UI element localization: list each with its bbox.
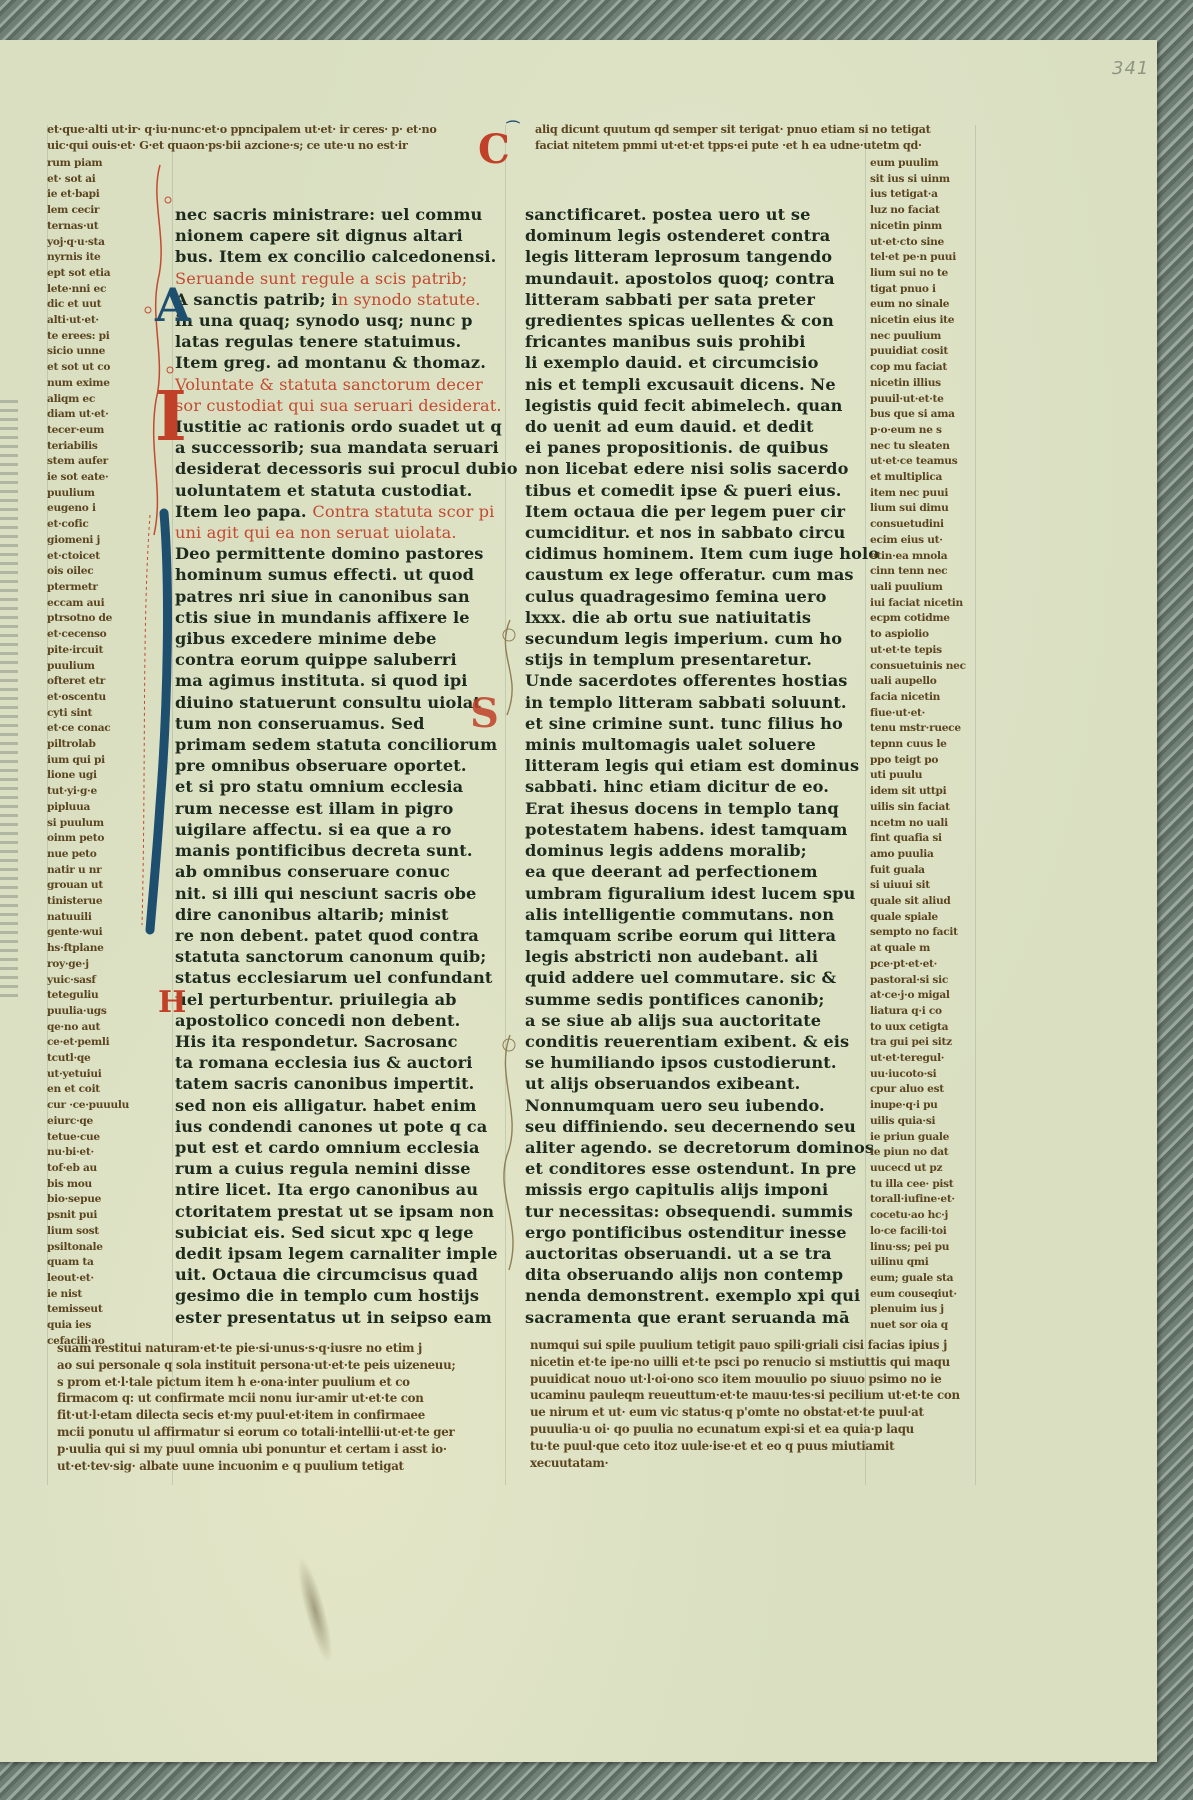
text-line: alis intelligentie commutans. non — [525, 904, 850, 925]
gloss-line: ppo teigt po — [870, 753, 975, 769]
text-line: mundauit. apostolos quoq; contra — [525, 268, 850, 289]
text-line: legis litteram leprosum tangendo — [525, 246, 850, 267]
gloss-line: numqui sui spile puulium tetigit pauo sp… — [530, 1337, 970, 1354]
gloss-line: ao sui personale q sola instituit person… — [57, 1357, 477, 1374]
gloss-line: puuil·ut·et·te — [870, 392, 975, 408]
gloss-line: et·oscentu — [47, 690, 127, 706]
text-segment: A sanctis patrib; i — [175, 290, 338, 309]
text-line: patres nri siue in canonibus san — [175, 586, 495, 607]
gloss-line: puulium — [47, 486, 127, 502]
gloss-line: xecuutatam· — [530, 1455, 970, 1472]
gloss-line: qe·no aut — [47, 1020, 127, 1036]
text-line: uoluntatem et statuta custodiat. — [175, 480, 495, 501]
text-line: sacramenta que erant seruanda mā — [525, 1307, 850, 1328]
gloss-line: eum couseqiut· — [870, 1287, 975, 1303]
text-line: tamquam scribe eorum qui littera — [525, 925, 850, 946]
ruling-line — [975, 125, 976, 1485]
text-line: desiderat decessoris sui procul dubio — [175, 458, 495, 479]
gloss-line: lem cecir — [47, 203, 127, 219]
text-line: Nonnumquam uero seu iubendo. — [525, 1095, 850, 1116]
gloss-line: diam ut·et· — [47, 407, 127, 423]
gloss-line: lium sost — [47, 1224, 127, 1240]
gloss-line: etin·ea mnola — [870, 549, 975, 565]
gloss-line: ut·et·tev·sig· albate uune incuonim e q … — [57, 1458, 477, 1475]
gloss-line: temisseut — [47, 1302, 127, 1318]
gloss-line: eugeno i — [47, 501, 127, 517]
text-line: et si pro statu omnium ecclesia — [175, 776, 495, 797]
rubric-line: uni agit qui ea non seruat uiolata. — [175, 522, 495, 543]
text-line: potestatem habens. idest tamquam — [525, 819, 850, 840]
text-line: diuino statuerunt consultu uiolat — [175, 692, 495, 713]
gloss-line: tut·yi·g·e — [47, 784, 127, 800]
text-line: dominum legis ostenderet contra — [525, 225, 850, 246]
text-line: status ecclesiarum uel confundant — [175, 967, 495, 988]
text-line: secundum legis imperium. cum ho — [525, 628, 850, 649]
gloss-line: tu·te puul·que ceto itoz uule·ise·et et … — [530, 1438, 970, 1455]
gloss-line: firmacom q: ut confirmate mcii nonu iur·… — [57, 1390, 477, 1407]
gloss-line: psiltonale — [47, 1240, 127, 1256]
text-line: statuta sanctorum canonum quib; — [175, 946, 495, 967]
text-line: nenda demonstrent. exemplo xpi qui — [525, 1285, 850, 1306]
top-right-gloss: aliq dicunt quutum qd semper sit terigat… — [535, 122, 965, 153]
gloss-line: ie piun no dat — [870, 1145, 975, 1161]
text-line: ctis siue in mundanis affixere le — [175, 607, 495, 628]
gloss-line: iui faciat nicetin — [870, 596, 975, 612]
text-line: cidimus hominem. Item cum iuge holo — [525, 543, 850, 564]
text-line: quid addere uel commutare. sic & — [525, 967, 850, 988]
text-line: tibus et comedit ipse & pueri eius. — [525, 480, 850, 501]
text-line: rum necesse est illam in pigro — [175, 798, 495, 819]
gloss-line: plenuim ius j — [870, 1302, 975, 1318]
gloss-line: ut·et·teregul· — [870, 1051, 975, 1067]
text-line: sed non eis alligatur. habet enim — [175, 1095, 495, 1116]
bottom-gloss-left: suam restitui naturam·et·te pie·si·unus·… — [57, 1340, 477, 1474]
gloss-line: ept sot etia — [47, 266, 127, 282]
gloss-line: tecer·eum — [47, 423, 127, 439]
text-line: nionem capere sit dignus altari — [175, 225, 495, 246]
gloss-line: tepnn cuus le — [870, 737, 975, 753]
gloss-line: teriabilis — [47, 439, 127, 455]
gloss-line: bis mou — [47, 1177, 127, 1193]
text-line: a successorib; sua mandata seruari — [175, 437, 495, 458]
text-line: pre omnibus obseruare oportet. — [175, 755, 495, 776]
gloss-line: et· sot ai — [47, 172, 127, 188]
gloss-line: ternas·ut — [47, 219, 127, 235]
text-line: manis pontificibus decreta sunt. — [175, 840, 495, 861]
ruling-line — [865, 125, 866, 1485]
text-line: umbram figuralium idest lucem spu — [525, 883, 850, 904]
gloss-line: et sot ut co — [47, 360, 127, 376]
text-line: tatem sacris canonibus impertit. — [175, 1073, 495, 1094]
red-penwork-flourish-icon — [140, 160, 180, 540]
gloss-line: et·que·alti ut·ir· q·iu·nunc·et·o ppncip… — [47, 122, 487, 138]
text-line: dire canonibus altarib; minist — [175, 904, 495, 925]
gloss-line: tenu mstr·ruece — [870, 721, 975, 737]
main-column-1: nec sacris ministrare: uel communionem c… — [175, 204, 495, 1328]
gloss-line: ut·et·ce teamus — [870, 454, 975, 470]
gloss-line: aliqm ec — [47, 392, 127, 408]
gloss-line: natuuili — [47, 910, 127, 926]
text-line: ei panes propositionis. de quibus — [525, 437, 850, 458]
gloss-line: eum; guale sta — [870, 1271, 975, 1287]
initial-i-red: I — [155, 383, 187, 451]
text-line: A sanctis patrib; in synodo statute. — [175, 289, 495, 310]
gloss-line: facia nicetin — [870, 690, 975, 706]
text-line: minis multomagis ualet soluere — [525, 734, 850, 755]
gloss-line: et multiplica — [870, 470, 975, 486]
gloss-line: cyti sint — [47, 706, 127, 722]
text-line: bus. Item ex concilio calcedonensi. — [175, 246, 495, 267]
initial-h-red: H — [158, 985, 186, 1020]
gloss-line: en et coit — [47, 1082, 127, 1098]
gloss-line: ptermetr — [47, 580, 127, 596]
text-line: ester presentatus ut in seipso eam — [175, 1307, 495, 1328]
gloss-line: eccam aui — [47, 596, 127, 612]
gloss-line: s prom et·l·tale pictum item h e·ona·int… — [57, 1374, 477, 1391]
text-line: Item leo papa. Contra statuta scor pi — [175, 501, 495, 522]
folio-number: 341 — [1112, 58, 1149, 79]
rubric-segment: n synodo statute. — [338, 290, 481, 309]
text-line: ma agimus instituta. si quod ipi — [175, 670, 495, 691]
gloss-line: inupe·q·i pu — [870, 1098, 975, 1114]
rubric-line: sor custodiat qui sua seruari desiderat. — [175, 395, 495, 416]
gloss-line: ie sot eate· — [47, 470, 127, 486]
gloss-line: sicio unne — [47, 344, 127, 360]
rubric-line: Seruande sunt regule a scis patrib; — [175, 268, 495, 289]
gloss-line: si uiuui sit — [870, 878, 975, 894]
text-line: contra eorum quippe saluberri — [175, 649, 495, 670]
gloss-line: nue peto — [47, 847, 127, 863]
text-line: non licebat edere nisi solis sacerdo — [525, 458, 850, 479]
gloss-line: ut·et·te tepis — [870, 643, 975, 659]
gloss-line: nicetin et·te ipe·no uilli et·te psci po… — [530, 1354, 970, 1371]
gloss-line: nicetin pinm — [870, 219, 975, 235]
text-line: cumciditur. et nos in sabbato circu — [525, 522, 850, 543]
text-line: do uenit ad eum dauid. et dedit — [525, 416, 850, 437]
text-line: litteram sabbati per sata preter — [525, 289, 850, 310]
text-line: nis et templi excusauit dicens. Ne — [525, 374, 850, 395]
gloss-line: p·uulia qui si my puul omnia ubi ponuntu… — [57, 1441, 477, 1458]
gloss-line: cpur aluo est — [870, 1082, 975, 1098]
gloss-line: yuic·sasf — [47, 973, 127, 989]
gloss-line: suam restitui naturam·et·te pie·si·unus·… — [57, 1340, 477, 1357]
gloss-line: puulium — [47, 659, 127, 675]
gloss-line: roy·ge·j — [47, 957, 127, 973]
gloss-line: cur ·ce·puuulu — [47, 1098, 127, 1114]
text-line: Item octaua die per legem puer cir — [525, 501, 850, 522]
text-line: Iustitie ac rationis ordo suadet ut q — [175, 416, 495, 437]
gloss-line: tigat pnuo i — [870, 282, 975, 298]
gloss-line: uic·qui ouis·et· G·et quaon·ps·bii azcio… — [47, 138, 487, 154]
gloss-line: et·ce conac — [47, 721, 127, 737]
gloss-line: nicetin illius — [870, 376, 975, 392]
gloss-line: tetue·cue — [47, 1130, 127, 1146]
gloss-line: et·cecenso — [47, 627, 127, 643]
gloss-line: quam ta — [47, 1255, 127, 1271]
gloss-line: puuidiat cosit — [870, 344, 975, 360]
gloss-line: rum piam — [47, 156, 127, 172]
gloss-line: ptrsotno de — [47, 611, 127, 627]
gloss-line: ue nirum et ut· eum vic status·q p'omte … — [530, 1404, 970, 1421]
text-line: gesimo die in templo cum hostijs — [175, 1285, 495, 1306]
gloss-line: pite·ircuit — [47, 643, 127, 659]
text-line: lxxx. die ab ortu sue natiuitatis — [525, 607, 850, 628]
gloss-line: psnit pui — [47, 1208, 127, 1224]
gloss-line: natir u nr — [47, 863, 127, 879]
left-margin-gloss: rum piamet· sot aiie et·bapilem cecirter… — [47, 156, 127, 1349]
gloss-line: nec tu sleaten — [870, 439, 975, 455]
text-line: caustum ex lege offeratur. cum mas — [525, 564, 850, 585]
gloss-line: ie et·bapi — [47, 187, 127, 203]
text-line: tur necessitas: obsequendi. summis — [525, 1201, 850, 1222]
text-line: gibus excedere minime debe — [175, 628, 495, 649]
gloss-line: ie nist — [47, 1287, 127, 1303]
gloss-line: ie priun guale — [870, 1130, 975, 1146]
text-line: hominum sumus effecti. ut quod — [175, 564, 495, 585]
gloss-line: eum no sinale — [870, 297, 975, 313]
text-line: ea que deerant ad perfectionem — [525, 861, 850, 882]
text-line: a se siue ab alijs sua auctoritate — [525, 1010, 850, 1031]
rubric-line: Voluntate & statuta sanctorum decer — [175, 374, 495, 395]
text-line: Deo permittente domino pastores — [175, 543, 495, 564]
gloss-line: eiurc·qe — [47, 1114, 127, 1130]
gloss-line: uu·iucoto·si — [870, 1067, 975, 1083]
gloss-line: puuulia·u oi· qo puulia no ecunatum expi… — [530, 1421, 970, 1438]
gloss-line: lium sui dimu — [870, 501, 975, 517]
gloss-line: piltrolab — [47, 737, 127, 753]
text-line: uel perturbentur. priuilegia ab — [175, 989, 495, 1010]
gloss-line: uucecd ut pz — [870, 1161, 975, 1177]
gloss-line: cop mu faciat — [870, 360, 975, 376]
gloss-line: lete·nni ec — [47, 282, 127, 298]
gloss-line: to aspiolio — [870, 627, 975, 643]
gloss-line: fiue·ut·et· — [870, 706, 975, 722]
text-line: ab omnibus conseruare conuc — [175, 861, 495, 882]
text-line: li exemplo dauid. et circumcisio — [525, 352, 850, 373]
text-line: litteram legis qui etiam est dominus — [525, 755, 850, 776]
text-line: ius condendi canones ut pote q ca — [175, 1116, 495, 1137]
gloss-line: fint quafia si — [870, 831, 975, 847]
gloss-line: mcii ponutu ul affirmatur si eorum co to… — [57, 1424, 477, 1441]
gloss-line: uilinu qmi — [870, 1255, 975, 1271]
text-line: legistis quid fecit abimelech. quan — [525, 395, 850, 416]
initial-a-blue: A — [155, 278, 191, 332]
gloss-line: faciat nitetem pmmi ut·et·et tpps·ei put… — [535, 138, 965, 154]
main-column-2: sanctificaret. postea uero ut sedominum … — [525, 204, 850, 1328]
gloss-line: torall·iufine·et· — [870, 1192, 975, 1208]
text-line: dominus legis addens moralib; — [525, 840, 850, 861]
text-line: uit. Octaua die circumcisus quad — [175, 1264, 495, 1285]
gloss-line: sempto no facit — [870, 925, 975, 941]
gloss-line: eum puulim — [870, 156, 975, 172]
text-line: ntire licet. Ita ergo canonibus au — [175, 1179, 495, 1200]
right-margin-gloss: eum puulimsit ius si uinmius tetigat·alu… — [870, 156, 975, 1334]
gloss-line: to uux cetigta — [870, 1020, 975, 1036]
text-line: Item greg. ad montanu & thomaz. — [175, 352, 495, 373]
gloss-line: lium sui no te — [870, 266, 975, 282]
text-line: legis abstricti non audebant. ali — [525, 946, 850, 967]
gloss-line: et·cofic — [47, 517, 127, 533]
gloss-line: teteguliu — [47, 988, 127, 1004]
gloss-line: at·ce·j·o migal — [870, 988, 975, 1004]
text-line: Unde sacerdotes offerentes hostias — [525, 670, 850, 691]
initial-flourish-blue: ⌒ — [506, 118, 520, 138]
text-line: missis ergo capitulis alijs imponi — [525, 1179, 850, 1200]
text-line: seu diffiniendo. seu decernendo seu — [525, 1116, 850, 1137]
gloss-line: ofteret etr — [47, 674, 127, 690]
blue-initial-i-icon — [140, 505, 180, 935]
bottom-gloss-right: numqui sui spile puulium tetigit pauo sp… — [530, 1337, 970, 1471]
text-line: sabbati. hinc etiam dicitur de eo. — [525, 776, 850, 797]
gloss-line: ncetm no uali — [870, 816, 975, 832]
gloss-line: ut·et·cto sine — [870, 235, 975, 251]
gloss-line: nu·bi·et· — [47, 1145, 127, 1161]
gloss-line: ium qui pi — [47, 753, 127, 769]
gloss-line: lo·ce facili·toi — [870, 1224, 975, 1240]
gloss-line: si puulum — [47, 816, 127, 832]
gloss-line: grouan ut — [47, 878, 127, 894]
gloss-line: puulia·ugs — [47, 1004, 127, 1020]
text-segment: Item leo papa. — [175, 502, 312, 521]
gloss-line: ecim eius ut· — [870, 533, 975, 549]
text-line: ta romana ecclesia ius & auctori — [175, 1052, 495, 1073]
gloss-line: yoj·q·u·sta — [47, 235, 127, 251]
text-line: subiciat eis. Sed sicut xpc q lege — [175, 1222, 495, 1243]
gloss-line: ecpm cotidme — [870, 611, 975, 627]
text-line: primam sedem statuta conciliorum — [175, 734, 495, 755]
gloss-line: tinisterue — [47, 894, 127, 910]
gloss-line: nuet sor oia q — [870, 1318, 975, 1334]
text-line: stijs in templum presentaretur. — [525, 649, 850, 670]
gloss-line: bus que si ama — [870, 407, 975, 423]
gloss-line: bio·sepue — [47, 1192, 127, 1208]
text-line: et sine crimine sunt. tunc filius ho — [525, 713, 850, 734]
gloss-line: tra gui pei sitz — [870, 1035, 975, 1051]
gloss-line: item nec puui — [870, 486, 975, 502]
gloss-line: leout·et· — [47, 1271, 127, 1287]
text-line: se humiliando ipsos custodierunt. — [525, 1052, 850, 1073]
gloss-line: tof·eb au — [47, 1161, 127, 1177]
gloss-line: uti puulu — [870, 768, 975, 784]
gloss-line: ce·et·pemli — [47, 1035, 127, 1051]
gloss-line: fit·ut·l·etam dilecta secis et·my puul·e… — [57, 1407, 477, 1424]
gloss-line: aliq dicunt quutum qd semper sit terigat… — [535, 122, 965, 138]
gloss-line: liatura q·i co — [870, 1004, 975, 1020]
gloss-line: nicetin eius ite — [870, 313, 975, 329]
text-line: in una quaq; synodo usq; nunc p — [175, 310, 495, 331]
gloss-line: ut·yetuiui — [47, 1067, 127, 1083]
text-line: dedit ipsam legem carnaliter imple — [175, 1243, 495, 1264]
gloss-line: fuit guala — [870, 863, 975, 879]
text-line: apostolico concedi non debent. — [175, 1010, 495, 1031]
text-line: dita obseruando alijs non contemp — [525, 1264, 850, 1285]
gloss-line: lione ugi — [47, 768, 127, 784]
text-line: ctoritatem prestat ut se ipsam non — [175, 1201, 495, 1222]
gloss-line: quia ies — [47, 1318, 127, 1334]
gloss-line: num exime — [47, 376, 127, 392]
gloss-line: uilis sin faciat — [870, 800, 975, 816]
text-line: ergo pontificibus ostenditur inesse — [525, 1222, 850, 1243]
gloss-line: pipluua — [47, 800, 127, 816]
gloss-line: oinm peto — [47, 831, 127, 847]
gloss-line: te erees: pi — [47, 329, 127, 345]
text-line: fricantes manibus suis prohibi — [525, 331, 850, 352]
gloss-line: nyrnis ite — [47, 250, 127, 266]
text-line: ut alijs obseruandos exibeant. — [525, 1073, 850, 1094]
text-line: aliter agendo. se decretorum dominos — [525, 1137, 850, 1158]
top-gloss: et·que·alti ut·ir· q·iu·nunc·et·o ppncip… — [47, 122, 487, 153]
gloss-line: pastoral·si sic — [870, 973, 975, 989]
facing-page-text-edge — [0, 400, 18, 1000]
gloss-line: ois oilec — [47, 564, 127, 580]
gloss-line: uali puulium — [870, 580, 975, 596]
gloss-line: tel·et pe·n puui — [870, 250, 975, 266]
text-line: in templo litteram sabbati soluunt. — [525, 692, 850, 713]
gloss-line: ius tetigat·a — [870, 187, 975, 203]
gloss-line: et·ctoicet — [47, 549, 127, 565]
gloss-line: uilis quia·si — [870, 1114, 975, 1130]
text-line: culus quadragesimo femina uero — [525, 586, 850, 607]
text-line: tum non conseruamus. Sed — [175, 713, 495, 734]
gloss-line: puuidicat nouo ut·l·oi·ono sco item mouu… — [530, 1371, 970, 1388]
gloss-line: luz no faciat — [870, 203, 975, 219]
gloss-line: pce·pt·et·et· — [870, 957, 975, 973]
text-line: nit. si illi qui nesciunt sacris obe — [175, 883, 495, 904]
gloss-line: cinn tenn nec — [870, 564, 975, 580]
text-line: Erat ihesus docens in templo tanq — [525, 798, 850, 819]
gloss-line: nec puulium — [870, 329, 975, 345]
text-line: put est et cardo omnium ecclesia — [175, 1137, 495, 1158]
gloss-line: consuetuinis nec — [870, 659, 975, 675]
text-line: His ita respondetur. Sacrosanc — [175, 1031, 495, 1052]
gloss-line: tcutl·qe — [47, 1051, 127, 1067]
gloss-line: quale sit aliud — [870, 894, 975, 910]
gloss-line: hs·ftplane — [47, 941, 127, 957]
gloss-line: gente·wui — [47, 925, 127, 941]
gloss-line: cocetu·ao hc·j — [870, 1208, 975, 1224]
text-line: rum a cuius regula nemini disse — [175, 1158, 495, 1179]
text-line: et conditores esse ostendunt. In pre — [525, 1158, 850, 1179]
gloss-line: amo puulia — [870, 847, 975, 863]
gloss-line: stem aufer — [47, 454, 127, 470]
text-line: uigilare affectu. si ea que a ro — [175, 819, 495, 840]
text-line: re non debent. patet quod contra — [175, 925, 495, 946]
rubric-segment: Contra statuta scor pi — [312, 502, 494, 521]
text-line: nec sacris ministrare: uel commu — [175, 204, 495, 225]
text-line: conditis reuerentiam exibent. & eis — [525, 1031, 850, 1052]
gloss-line: at quale m — [870, 941, 975, 957]
gloss-line: giomeni j — [47, 533, 127, 549]
gloss-line: tu illa cee· pist — [870, 1177, 975, 1193]
text-line: auctoritas obseruandi. ut a se tra — [525, 1243, 850, 1264]
gloss-line: ucaminu pauleqm reueuttum·et·te mauu·tes… — [530, 1387, 970, 1404]
text-line: gredientes spicas uellentes & con — [525, 310, 850, 331]
gloss-line: linu·ss; pei pu — [870, 1240, 975, 1256]
text-line: summe sedis pontifices canonib; — [525, 989, 850, 1010]
grotesque-penwork-flourish-icon — [495, 615, 525, 1275]
gloss-line: consuetudini — [870, 517, 975, 533]
gloss-line: uali aupello — [870, 674, 975, 690]
gloss-line: p·o·eum ne s — [870, 423, 975, 439]
gloss-line: alti·ut·et· — [47, 313, 127, 329]
gloss-line: idem sit uttpi — [870, 784, 975, 800]
text-line: sanctificaret. postea uero ut se — [525, 204, 850, 225]
gloss-line: dic et uut — [47, 297, 127, 313]
text-line: latas regulas tenere statuimus. — [175, 331, 495, 352]
gloss-line: quale spiale — [870, 910, 975, 926]
gloss-line: sit ius si uinm — [870, 172, 975, 188]
